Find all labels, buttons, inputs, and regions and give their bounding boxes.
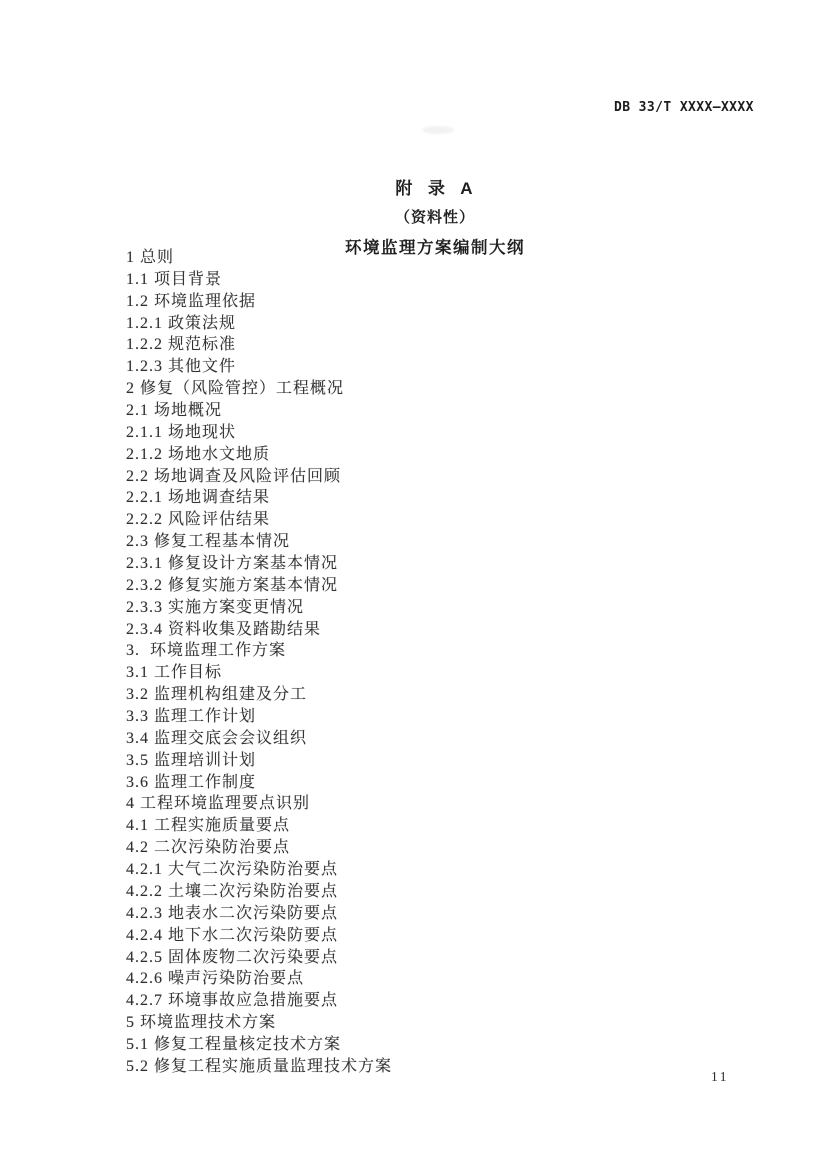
outline-item: 4.2.4 地下水二次污染防要点 bbox=[126, 925, 766, 947]
outline-item: 2.3.4 资料收集及踏勘结果 bbox=[126, 619, 766, 641]
outline-item: 2.1.2 场地水文地质 bbox=[126, 444, 766, 466]
outline-item: 5.2 修复工程实施质量监理技术方案 bbox=[126, 1056, 766, 1078]
outline-item: 3.5 监理培训计划 bbox=[126, 750, 766, 772]
outline-item: 1.2.2 规范标准 bbox=[126, 334, 766, 356]
outline-item: 2.3.1 修复设计方案基本情况 bbox=[126, 553, 766, 575]
outline-item: 3.4 监理交底会会议组织 bbox=[126, 728, 766, 750]
outline-item: 3.1 工作目标 bbox=[126, 662, 766, 684]
outline-item: 2.2.1 场地调查结果 bbox=[126, 487, 766, 509]
outline-item: 3. 环境监理工作方案 bbox=[126, 640, 766, 662]
outline-item: 2.3.2 修复实施方案基本情况 bbox=[126, 575, 766, 597]
outline-item: 4.2.6 噪声污染防治要点 bbox=[126, 968, 766, 990]
outline-item: 4.2 二次污染防治要点 bbox=[126, 837, 766, 859]
outline-item: 2.3 修复工程基本情况 bbox=[126, 531, 766, 553]
title-block: 附 录 A （资料性） 环境监理方案编制大纲 bbox=[125, 174, 745, 258]
outline-item: 4.2.2 土壤二次污染防治要点 bbox=[126, 881, 766, 903]
outline-item: 5.1 修复工程量核定技术方案 bbox=[126, 1034, 766, 1056]
scan-smudge-artifact bbox=[422, 126, 454, 134]
outline-item: 2.3.3 实施方案变更情况 bbox=[126, 597, 766, 619]
outline-item: 1.1 项目背景 bbox=[126, 269, 766, 291]
outline-item: 5 环境监理技术方案 bbox=[126, 1012, 766, 1034]
standard-code-header: DB 33/T XXXX—XXXX bbox=[614, 100, 754, 115]
outline-item: 1 总则 bbox=[126, 247, 766, 269]
outline-item: 4.1 工程实施质量要点 bbox=[126, 815, 766, 837]
outline-item: 4 工程环境监理要点识别 bbox=[126, 793, 766, 815]
outline-item: 3.6 监理工作制度 bbox=[126, 772, 766, 794]
outline-item: 4.2.7 环境事故应急措施要点 bbox=[126, 990, 766, 1012]
outline-item: 4.2.5 固体废物二次污染要点 bbox=[126, 947, 766, 969]
outline-item: 2.2.2 风险评估结果 bbox=[126, 509, 766, 531]
outline-item: 3.2 监理机构组建及分工 bbox=[126, 684, 766, 706]
outline-item: 1.2.1 政策法规 bbox=[126, 313, 766, 335]
outline-item: 2.2 场地调查及风险评估回顾 bbox=[126, 466, 766, 488]
outline-item: 1.2.3 其他文件 bbox=[126, 356, 766, 378]
outline-list: 1 总则1.1 项目背景1.2 环境监理依据1.2.1 政策法规1.2.2 规范… bbox=[126, 247, 766, 1078]
appendix-label: 附 录 A bbox=[125, 174, 745, 199]
outline-item: 2 修复（风险管控）工程概况 bbox=[126, 378, 766, 400]
document-page: DB 33/T XXXX—XXXX 附 录 A （资料性） 环境监理方案编制大纲… bbox=[0, 0, 826, 1169]
outline-item: 2.1 场地概况 bbox=[126, 400, 766, 422]
page-number: 11 bbox=[711, 1069, 729, 1085]
appendix-type-label: （资料性） bbox=[125, 206, 745, 227]
outline-item: 1.2 环境监理依据 bbox=[126, 291, 766, 313]
outline-item: 2.1.1 场地现状 bbox=[126, 422, 766, 444]
outline-item: 3.3 监理工作计划 bbox=[126, 706, 766, 728]
outline-item: 4.2.3 地表水二次污染防要点 bbox=[126, 903, 766, 925]
outline-item: 4.2.1 大气二次污染防治要点 bbox=[126, 859, 766, 881]
